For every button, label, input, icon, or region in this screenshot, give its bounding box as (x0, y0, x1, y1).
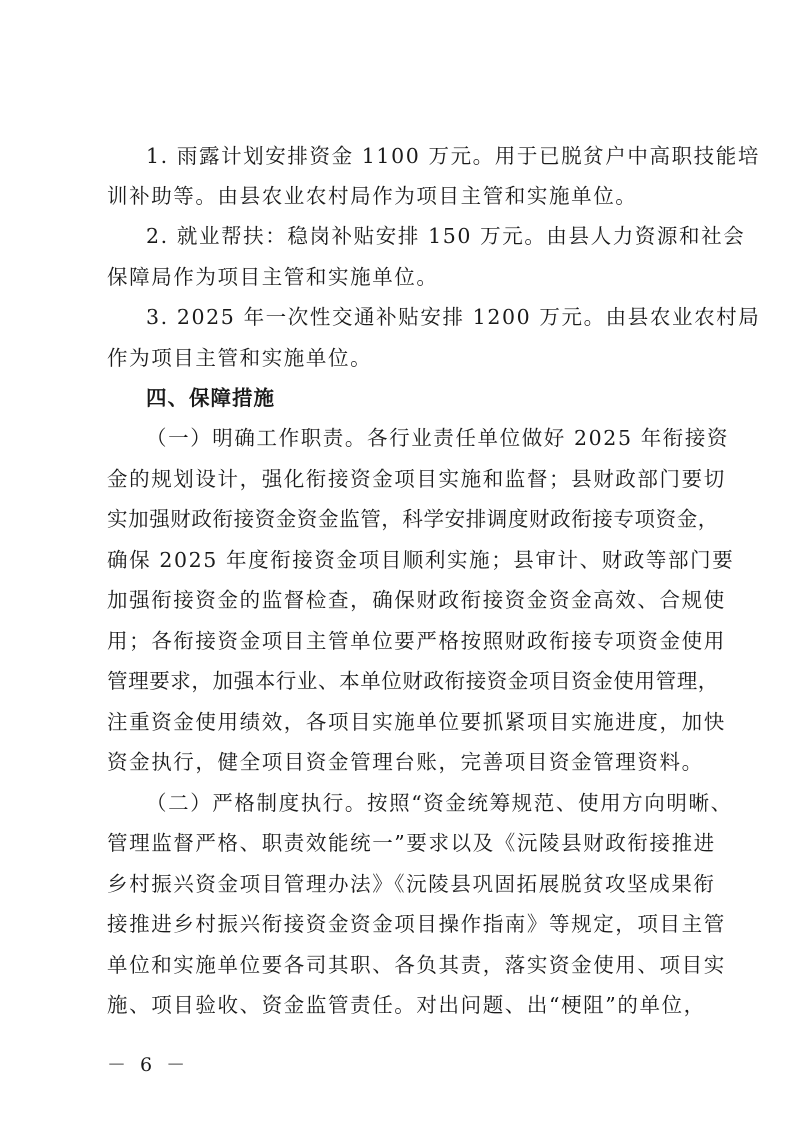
paragraph-line: 单位和实施单位要各司其职、各负其责，落实资金使用、项目实 (107, 952, 692, 978)
paragraph-line: 管理监督严格、职责效能统一”要求以及《沅陵县财政衔接推进 (107, 830, 692, 856)
paragraph-line: 3. 2025 年一次性交通补贴安排 1200 万元。由县农业农村局 (146, 304, 692, 330)
paragraph-line: 接推进乡村振兴衔接资金资金项目操作指南》等规定，项目主管 (107, 911, 692, 937)
paragraph-line: 确保 2025 年度衔接资金项目顺利实施；县审计、财政等部门要 (107, 547, 692, 573)
document-page: 1. 雨露计划安排资金 1100 万元。用于已脱贫户中高职技能培 训补助等。由县… (0, 0, 793, 1122)
paragraph-line: 作为项目主管和实施单位。 (107, 345, 692, 371)
paragraph-line: 金的规划设计，强化衔接资金项目实施和监督；县财政部门要切 (107, 466, 692, 492)
paragraph-line: 资金执行，健全项目资金管理台账，完善项目资金管理资料。 (107, 749, 692, 775)
paragraph-line: 乡村振兴资金项目管理办法》《沅陵县巩固拓展脱贫攻坚成果衔 (107, 871, 692, 897)
paragraph-line: 保障局作为项目主管和实施单位。 (107, 264, 692, 290)
paragraph-line: 2. 就业帮扶：稳岗补贴安排 150 万元。由县人力资源和社会 (146, 223, 692, 249)
paragraph-line: （一）明确工作职责。各行业责任单位做好 2025 年衔接资 (146, 425, 692, 451)
paragraph-line: 1. 雨露计划安排资金 1100 万元。用于已脱贫户中高职技能培 (146, 143, 692, 169)
paragraph-line: （二）严格制度执行。按照“资金统筹规范、使用方向明晰、 (146, 790, 692, 816)
paragraph-line: 用；各衔接资金项目主管单位要严格按照财政衔接专项资金使用 (107, 628, 692, 654)
paragraph-line: 注重资金使用绩效，各项目实施单位要抓紧项目实施进度，加快 (107, 709, 692, 735)
section-heading: 四、保障措施 (146, 385, 692, 411)
page-number: － 6 － (107, 1053, 189, 1077)
paragraph-line: 施、项目验收、资金监管责任。对出问题、出“梗阻”的单位， (107, 992, 692, 1018)
paragraph-line: 管理要求，加强本行业、本单位财政衔接资金项目资金使用管理， (107, 668, 692, 694)
paragraph-line: 训补助等。由县农业农村局作为项目主管和实施单位。 (107, 183, 692, 209)
paragraph-line: 实加强财政衔接资金资金监管，科学安排调度财政衔接专项资金， (107, 506, 692, 532)
paragraph-line: 加强衔接资金的监督检查，确保财政衔接资金资金高效、合规使 (107, 587, 692, 613)
